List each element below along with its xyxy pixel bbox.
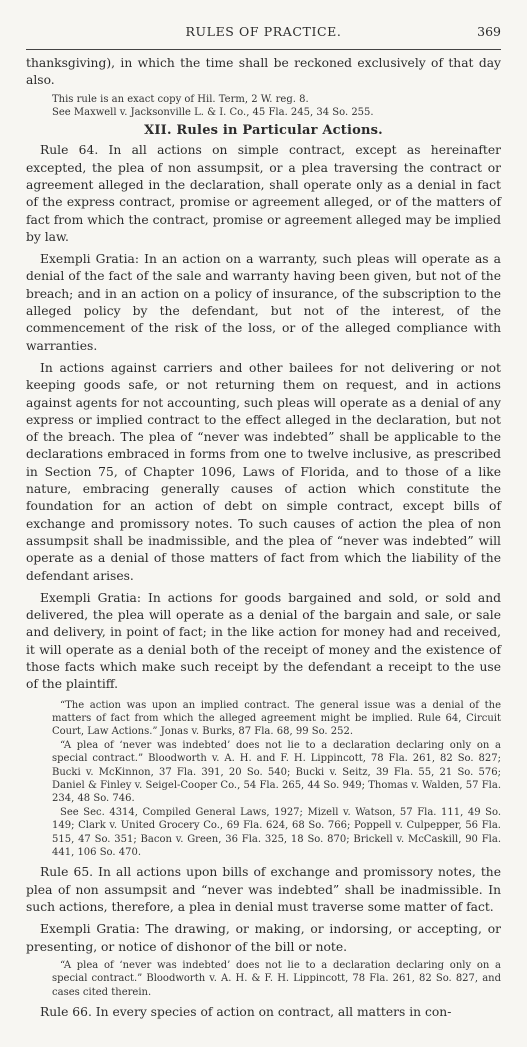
rule-65-example: Exempli Gratia: The drawing, or making, … <box>26 921 501 956</box>
rule-65-paragraph: Rule 65. In all actions upon bills of ex… <box>26 864 501 916</box>
running-head: RULES OF PRACTICE. 369 <box>26 22 501 42</box>
page-body: thanksgiving), in which the time shall b… <box>26 55 501 1021</box>
rule-64-paragraph: Rule 64. In all actions on simple contra… <box>26 142 501 246</box>
rule-65-note: “A plea of ‘never was indebted’ does not… <box>26 959 501 999</box>
rule-64-note: “The action was upon an implied contract… <box>26 699 501 739</box>
continuation-note: See Maxwell v. Jacksonville L. & I. Co.,… <box>26 106 501 119</box>
rule-66-paragraph: Rule 66. In every species of action on c… <box>26 1004 501 1021</box>
rule-64-paragraph-2: In actions against carriers and other ba… <box>26 360 501 585</box>
section-heading: XII. Rules in Particular Actions. <box>26 121 501 141</box>
rule-64-note: “A plea of ‘never was indebted’ does not… <box>26 739 501 806</box>
header-rule <box>26 49 501 50</box>
rule-64-note: See Sec. 4314, Compiled General Laws, 19… <box>26 806 501 860</box>
continuation-paragraph: thanksgiving), in which the time shall b… <box>26 55 501 90</box>
rule-64-example-2: Exempli Gratia: In actions for goods bar… <box>26 590 501 694</box>
running-title: RULES OF PRACTICE. <box>26 24 501 39</box>
rule-64-example-1: Exempli Gratia: In an action on a warran… <box>26 251 501 355</box>
continuation-note: This rule is an exact copy of Hil. Term,… <box>26 93 501 106</box>
page-number: 369 <box>477 24 501 39</box>
